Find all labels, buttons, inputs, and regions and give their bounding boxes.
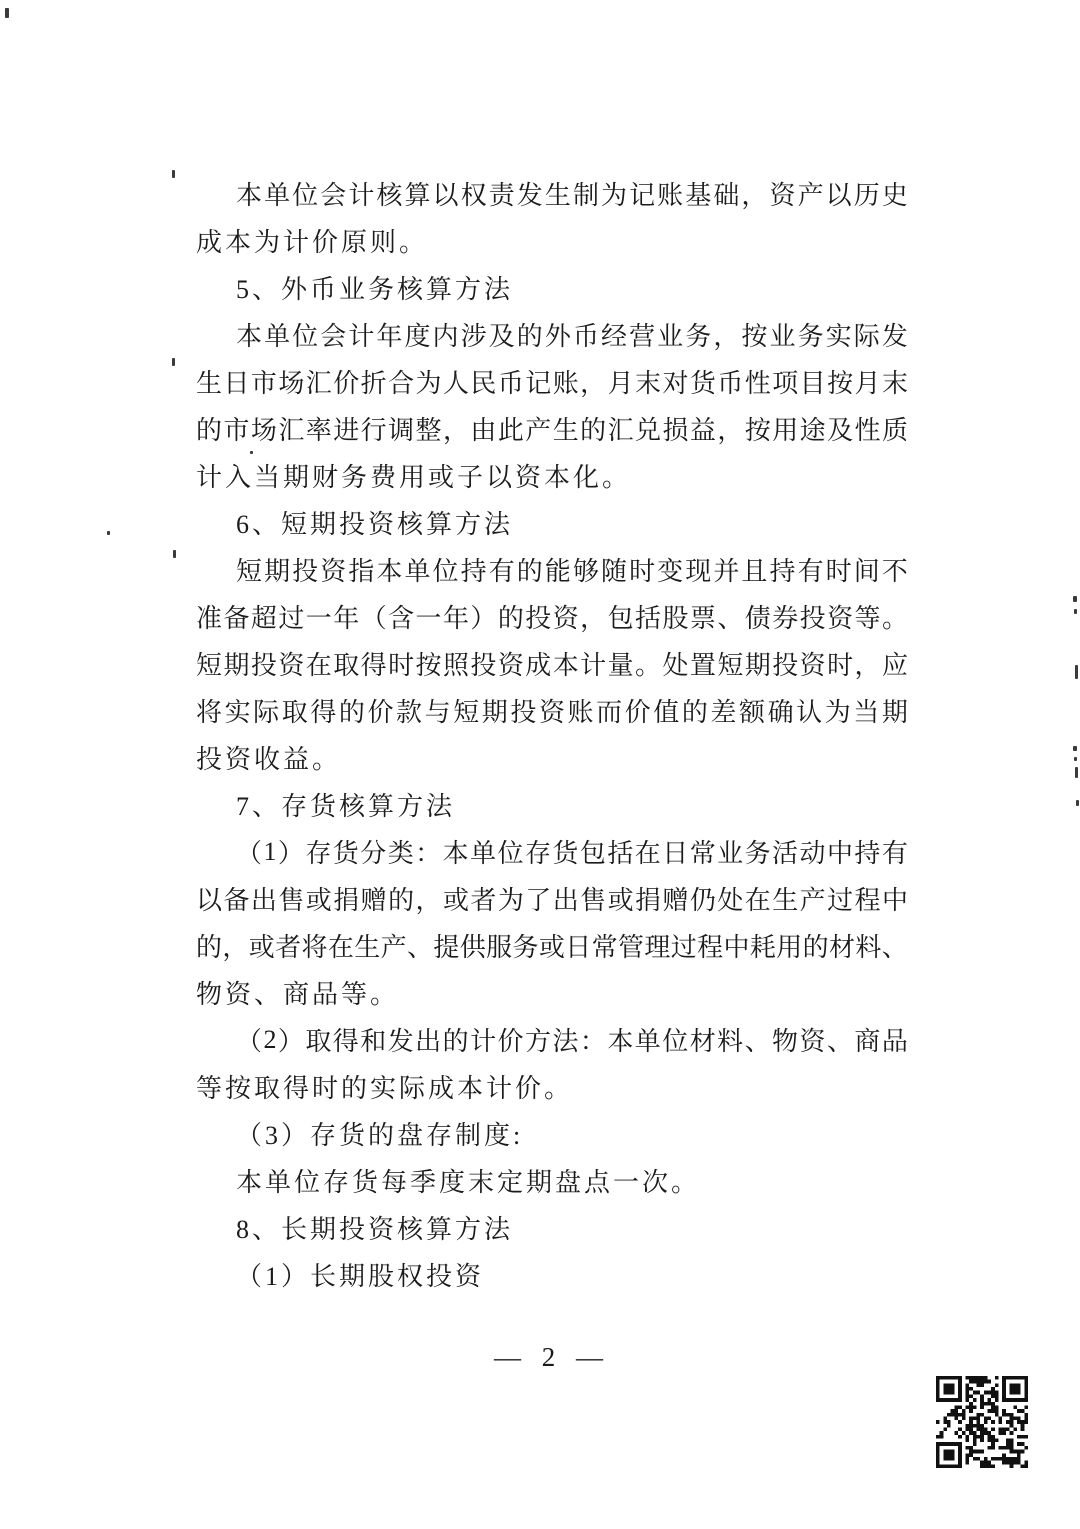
text-line: 短期投资指本单位持有的能够随时变现并且持有时间不 <box>196 546 908 593</box>
scan-speck <box>1073 596 1077 602</box>
text-line: 本单位存货每季度末定期盘点一次。 <box>196 1157 908 1204</box>
text-line: 的市场汇率进行调整，由此产生的汇兑损益，按用途及性质 <box>196 405 908 452</box>
qr-code-icon <box>936 1376 1028 1468</box>
text-line: 等按取得时的实际成本计价。 <box>196 1063 908 1110</box>
text-line: 计入当期财务费用或子以资本化。 <box>196 452 908 499</box>
text-line: 8、长期投资核算方法 <box>196 1204 908 1251</box>
page-number: — 2 — <box>196 1342 908 1382</box>
text-line: 生日市场汇价折合为人民币记账，月末对货币性项目按月末 <box>196 358 908 405</box>
scan-speck <box>1075 665 1078 679</box>
text-line: 将实际取得的价款与短期投资账而价值的差额确认为当期 <box>196 687 908 734</box>
scanned-document-page: 本单位会计核算以权责发生制为记账基础，资产以历史成本为计价原则。5、外币业务核算… <box>0 0 1080 1529</box>
text-line: （1）存货分类：本单位存货包括在日常业务活动中持有 <box>196 828 908 875</box>
text-line: 投资收益。 <box>196 734 908 781</box>
scan-speck <box>1075 767 1078 778</box>
scan-speck <box>1076 800 1079 806</box>
text-line: （2）取得和发出的计价方法：本单位材料、物资、商品 <box>196 1016 908 1063</box>
text-line: 准备超过一年（含一年）的投资，包括股票、债券投资等。 <box>196 593 908 640</box>
text-line: 以备出售或捐赠的，或者为了出售或捐赠仍处在生产过程中 <box>196 875 908 922</box>
scan-speck <box>107 531 110 535</box>
text-line: 物资、商品等。 <box>196 969 908 1016</box>
scan-speck <box>1074 757 1077 761</box>
scan-speck <box>5 8 9 18</box>
text-line: 6、短期投资核算方法 <box>196 499 908 546</box>
scan-speck <box>1074 609 1077 614</box>
scan-speck <box>173 550 176 558</box>
text-line: 短期投资在取得时按照投资成本计量。处置短期投资时，应 <box>196 640 908 687</box>
scan-speck <box>172 170 175 178</box>
text-line: 本单位会计年度内涉及的外币经营业务，按业务实际发 <box>196 311 908 358</box>
text-column: 本单位会计核算以权责发生制为记账基础，资产以历史成本为计价原则。5、外币业务核算… <box>196 170 908 1298</box>
text-line: 的，或者将在生产、提供服务或日常管理过程中耗用的材料、 <box>196 922 908 969</box>
scan-speck <box>1073 746 1077 751</box>
text-line: 成本为计价原则。 <box>196 217 908 264</box>
text-line: 5、外币业务核算方法 <box>196 264 908 311</box>
text-line: 本单位会计核算以权责发生制为记账基础，资产以历史 <box>196 170 908 217</box>
scan-speck <box>250 451 253 454</box>
scan-speck <box>172 358 175 366</box>
text-line: （3）存货的盘存制度: <box>196 1110 908 1157</box>
text-line: 7、存货核算方法 <box>196 781 908 828</box>
text-line: （1）长期股权投资 <box>196 1251 908 1298</box>
